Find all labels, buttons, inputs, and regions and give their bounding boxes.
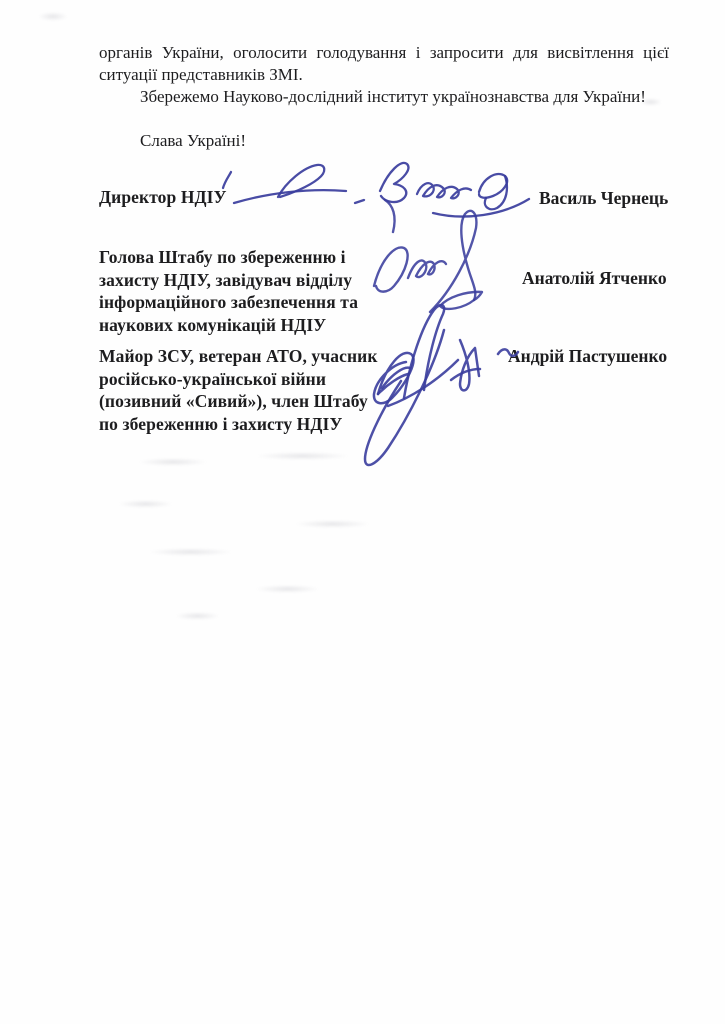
scan-noise <box>175 612 220 620</box>
scan-noise <box>138 458 208 466</box>
scan-noise <box>38 12 68 21</box>
body-paragraph: органів України, оголосити голодування і… <box>99 42 669 86</box>
scanned-document-page: органів України, оголосити голодування і… <box>0 0 725 1024</box>
signatory-name-anatolii-yatchenko: Анатолій Ятченко <box>522 268 667 289</box>
signatory-title-director: Директор НДІУ <box>99 186 227 209</box>
scan-noise <box>148 548 233 556</box>
scan-noise <box>255 585 320 593</box>
scan-noise <box>255 452 350 460</box>
signatory-title-staff-head: Голова Штабу по збереженню і захисту НДІ… <box>99 246 358 336</box>
signature-ink-andrii-pastushenko <box>348 296 528 481</box>
signatory-name-andrii-pastushenko: Андрій Пастушенко <box>508 346 667 367</box>
signatory-name-vasyl-chernets: Василь Чернець <box>539 188 668 209</box>
paragraph-line: ситуації представників ЗМІ. <box>99 64 669 86</box>
scan-noise <box>295 520 370 528</box>
scan-noise <box>118 500 173 508</box>
paragraph-line: органів України, оголосити голодування і… <box>99 42 669 64</box>
appeal-line: Збережемо Науково-дослідний інститут укр… <box>99 86 669 108</box>
signatory-title-major: Майор ЗСУ, ветеран АТО, учасник російськ… <box>99 345 378 435</box>
